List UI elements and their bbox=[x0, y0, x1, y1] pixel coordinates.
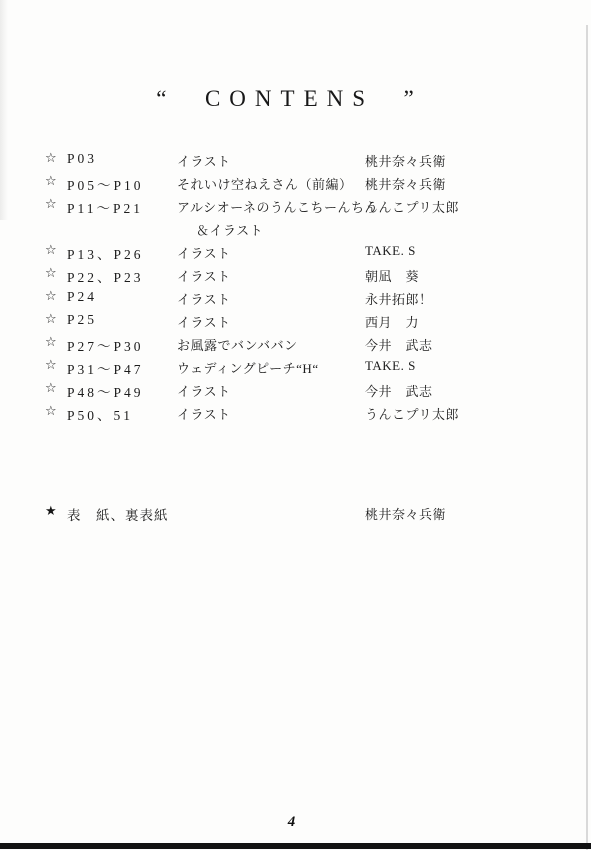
entry-author: 朝凪 葵 bbox=[365, 266, 419, 285]
table-row-continuation: ＆イラスト bbox=[0, 219, 591, 242]
page-number: 4 bbox=[0, 814, 587, 831]
entry-title: イラスト bbox=[177, 312, 231, 331]
entry-title: イラスト bbox=[177, 266, 231, 285]
page-range: P50、51 bbox=[67, 404, 133, 424]
scan-edge-bottom bbox=[0, 843, 591, 849]
entry-title: イラスト bbox=[177, 243, 231, 262]
star-outline-icon: ☆ bbox=[45, 174, 65, 189]
entry-author: 今井 武志 bbox=[365, 335, 433, 354]
table-row: ☆ P27～P30 お風露でバンババン 今井 武志 bbox=[0, 334, 591, 357]
page-title: “ CONTENS ” bbox=[0, 86, 585, 112]
table-row: ☆ P13、P26 イラスト TAKE. S bbox=[0, 242, 591, 265]
entry-author: 桃井奈々兵衛 bbox=[365, 151, 446, 170]
entry-author: うんこプリ太郎 bbox=[365, 197, 459, 216]
entry-title: それいけ空ねえさん（前編） bbox=[177, 174, 353, 193]
table-of-contents: ☆ P03 イラスト 桃井奈々兵衛 ☆ P05～P10 それいけ空ねえさん（前編… bbox=[0, 150, 591, 426]
star-outline-icon: ☆ bbox=[45, 404, 65, 419]
star-outline-icon: ☆ bbox=[45, 335, 65, 350]
page-range: P27～P30 bbox=[67, 335, 144, 355]
entry-title: イラスト bbox=[177, 404, 231, 423]
scan-edge-right bbox=[586, 25, 588, 850]
star-outline-icon: ☆ bbox=[45, 266, 65, 281]
entry-author: 永井拓郎！ bbox=[365, 289, 433, 308]
page-range: P11～P21 bbox=[67, 197, 143, 217]
table-row: ☆ P48～P49 イラスト 今井 武志 bbox=[0, 380, 591, 403]
cover-credit-label: 表 紙、裏表紙 bbox=[67, 504, 169, 524]
scanned-contents-page: “ CONTENS ” ☆ P03 イラスト 桃井奈々兵衛 ☆ P05～P10 … bbox=[0, 0, 591, 850]
star-filled-icon: ★ bbox=[45, 504, 65, 519]
star-outline-icon: ☆ bbox=[45, 289, 65, 304]
table-row: ☆ P03 イラスト 桃井奈々兵衛 bbox=[0, 150, 591, 173]
star-outline-icon: ☆ bbox=[45, 243, 65, 258]
table-row: ☆ P50、51 イラスト うんこプリ太郎 bbox=[0, 403, 591, 426]
cover-credit-author: 桃井奈々兵衛 bbox=[365, 504, 446, 523]
table-row: ☆ P22、P23 イラスト 朝凪 葵 bbox=[0, 265, 591, 288]
entry-title-second-line: ＆イラスト bbox=[196, 220, 263, 239]
entry-author: TAKE. S bbox=[365, 243, 416, 259]
entry-title: イラスト bbox=[177, 289, 231, 308]
page-range: P13、P26 bbox=[67, 243, 144, 263]
entry-author: TAKE. S bbox=[365, 358, 416, 374]
table-row: ☆ P24 イラスト 永井拓郎！ bbox=[0, 288, 591, 311]
star-outline-icon: ☆ bbox=[45, 381, 65, 396]
table-row: ☆ P25 イラスト 西月 力 bbox=[0, 311, 591, 334]
table-row: ☆ P05～P10 それいけ空ねえさん（前編） 桃井奈々兵衛 bbox=[0, 173, 591, 196]
page-range: P48～P49 bbox=[67, 381, 144, 401]
entry-title: お風露でバンババン bbox=[177, 335, 298, 354]
page-range: P24 bbox=[67, 289, 97, 305]
star-outline-icon: ☆ bbox=[45, 151, 65, 166]
cover-credit-row: ★ 表 紙、裏表紙 桃井奈々兵衛 bbox=[0, 503, 591, 526]
entry-title: イラスト bbox=[177, 381, 231, 400]
entry-title: アルシオーネのうんこちーんちん bbox=[177, 197, 378, 216]
entry-author: 今井 武志 bbox=[365, 381, 433, 400]
entry-title: ウェディングピーチ“H“ bbox=[177, 358, 319, 377]
page-range: P03 bbox=[67, 151, 97, 167]
page-range: P22、P23 bbox=[67, 266, 144, 286]
star-outline-icon: ☆ bbox=[45, 197, 65, 212]
table-row: ☆ P11～P21 アルシオーネのうんこちーんちん うんこプリ太郎 bbox=[0, 196, 591, 219]
entry-author: 桃井奈々兵衛 bbox=[365, 174, 446, 193]
entry-title: イラスト bbox=[177, 151, 231, 170]
page-range: P25 bbox=[67, 312, 97, 328]
star-outline-icon: ☆ bbox=[45, 312, 65, 327]
page-range: P31～P47 bbox=[67, 358, 144, 378]
entry-author: うんこプリ太郎 bbox=[365, 404, 459, 423]
star-outline-icon: ☆ bbox=[45, 358, 65, 373]
table-row: ☆ P31～P47 ウェディングピーチ“H“ TAKE. S bbox=[0, 357, 591, 380]
page-range: P05～P10 bbox=[67, 174, 144, 194]
entry-author: 西月 力 bbox=[365, 312, 419, 331]
